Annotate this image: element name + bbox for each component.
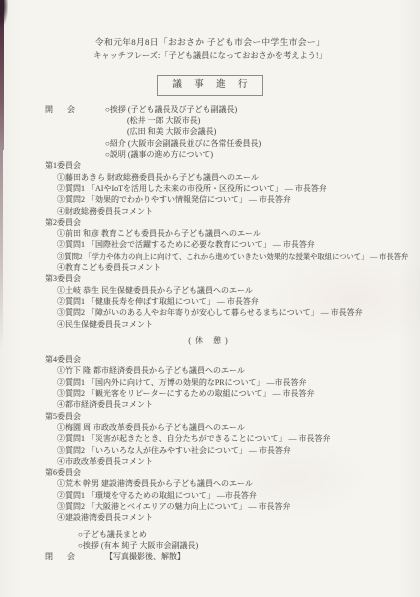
- committee-line: ②質問1 「AIやIoTを活用した未来の市役所・区役所について」 ― 市長答弁: [57, 183, 420, 194]
- committee-title: 第2委員会: [45, 217, 420, 228]
- committee-title: 第5委員会: [45, 411, 420, 422]
- committee-line: ②質問1 「国内外に向けて、万博の効果的なPRについて」 ―市長答弁: [57, 377, 420, 388]
- closing-section: ○子ども議長まとめ ○挨拶 (有本 純子 大阪市会副議長) 閉 会 【写真撮影後…: [0, 529, 420, 563]
- opening-section: 開 会 ○挨拶 (子ども議長及び子ども副議長) (松井 一郎 大阪市長) (広田…: [0, 104, 420, 160]
- committee-line: ③質問2 「学力や体力の向上に向けて、これから進めていきたい効果的な授業や取組に…: [57, 251, 420, 262]
- committee-line: ④民生保健委員長コメント: [57, 319, 420, 330]
- committee-section-5: 第5委員会 ①梅園 周 市政改革委員長から子ども議員へのエール ②質問1 「災害…: [0, 411, 420, 467]
- committee-line: ③質問2 「大阪港とベイエリアの魅力向上について」 ― 市長答弁: [57, 501, 420, 512]
- committee-line: ①竹下 隆 都市経済委員長から子ども議員へのエール: [57, 365, 420, 376]
- opening-label: 開 会: [45, 104, 81, 115]
- committee-line: ③質問2 「観光客をリピーターにするための取組について」 ― 市長答弁: [57, 388, 420, 399]
- committee-line: ①前田 和彦 教育こども委員長から子ども議員へのエール: [57, 228, 420, 239]
- committee-section-1: 第1委員会 ①藤田あきら 財政総務委員長から子ども議員へのエール ②質問1 「A…: [0, 160, 420, 216]
- closing-note: 【写真撮影後、解散】: [105, 551, 420, 562]
- committee-title: 第6委員会: [45, 467, 420, 478]
- closing-label: 閉 会: [45, 551, 81, 562]
- committee-section-4: 第4委員会 ①竹下 隆 都市経済委員長から子ども議員へのエール ②質問1 「国内…: [0, 354, 420, 410]
- committee-line: ④市政改革委員長コメント: [57, 456, 420, 467]
- council-chair-name-line: (広田 和美 大阪市会議長): [127, 126, 420, 137]
- agenda-title-box: 議 事 進 行: [157, 75, 262, 96]
- committee-line: ②質問1 「災害が起きたとき、自分たちができることについて」 ― 市長答弁: [57, 433, 420, 444]
- committee-line: ②質問1 「環境を守るための取組について」 ―市長答弁: [57, 490, 420, 501]
- committee-line: ④建設港湾委員長コメント: [57, 512, 420, 523]
- committee-title: 第1委員会: [45, 160, 420, 171]
- committee-line: ①藤田あきら 財政総務委員長から子ども議員へのエール: [57, 172, 420, 183]
- committee-line: ③質問2 「障がいのある人やお年寄りが安心して暮らせるまちについて」 ― 市長答…: [57, 307, 420, 318]
- committee-line: ④教育こども委員長コメント: [57, 262, 420, 273]
- mayor-name-line: (松井 一郎 大阪市長): [127, 115, 420, 126]
- opening-explanation-line: ○説明 (議事の進め方について): [105, 149, 420, 160]
- document-header: 令和元年8月8日「おおさか 子ども市会ー中学生市会ー」 キャッチフレーズ:「子ど…: [0, 0, 420, 96]
- committee-line: ③質問2 「いろいろな人が住みやすい社会について」 ― 市長答弁: [57, 445, 420, 456]
- committee-line: ④財政総務委員長コメント: [57, 206, 420, 217]
- committee-line: ①梅園 周 市政改革委員長から子ども議員へのエール: [57, 422, 420, 433]
- committee-section-2: 第2委員会 ①前田 和彦 教育こども委員長から子ども議員へのエール ②質問1 「…: [0, 217, 420, 273]
- chair-summary-line: ○子ども議長まとめ: [78, 529, 420, 540]
- committee-line: ④都市経済委員長コメント: [57, 399, 420, 410]
- closing-greeting-line: ○挨拶 (有本 純子 大阪市会副議長): [78, 540, 420, 551]
- scan-edge-fade-artifact: [0, 150, 3, 350]
- date-title: 令和元年8月8日「おおさか 子ども市会ー中学生市会ー」: [0, 37, 420, 48]
- committee-title: 第3委員会: [45, 273, 420, 284]
- committee-section-6: 第6委員会 ①荒木 幹男 建設港湾委員長から子ども議員へのエール ②質問1 「環…: [0, 467, 420, 523]
- committee-line: ①土岐 恭生 民生保健委員長から子ども議員へのエール: [57, 285, 420, 296]
- break-label: (休 憩): [0, 335, 420, 346]
- committee-line: ①荒木 幹男 建設港湾委員長から子ども議員へのエール: [57, 478, 420, 489]
- committee-section-3: 第3委員会 ①土岐 恭生 民生保健委員長から子ども議員へのエール ②質問1 「健…: [0, 273, 420, 329]
- scanned-agenda-page: 令和元年8月8日「おおさか 子ども市会ー中学生市会ー」 キャッチフレーズ:「子ど…: [0, 0, 420, 597]
- catchphrase: キャッチフレーズ:「子ども議員になっておおさかを考えよう!」: [0, 50, 420, 61]
- committee-line: ③質問2 「効果的でわかりやすい情報発信について」 ― 市長答弁: [57, 194, 420, 205]
- committee-title: 第4委員会: [45, 354, 420, 365]
- opening-greeting-line: ○挨拶 (子ども議長及び子ども副議長): [105, 104, 420, 115]
- committee-line: ②質問1 「健康長寿を伸ばす取組について」 ― 市長答弁: [57, 296, 420, 307]
- scan-corner-artifact: [0, 0, 8, 28]
- committee-line: ②質問1 「国際社会で活躍するために必要な教育について」 ― 市長答弁: [57, 239, 420, 250]
- opening-introduction-line: ○紹介 (大阪市会副議長並びに各常任委員長): [105, 138, 420, 149]
